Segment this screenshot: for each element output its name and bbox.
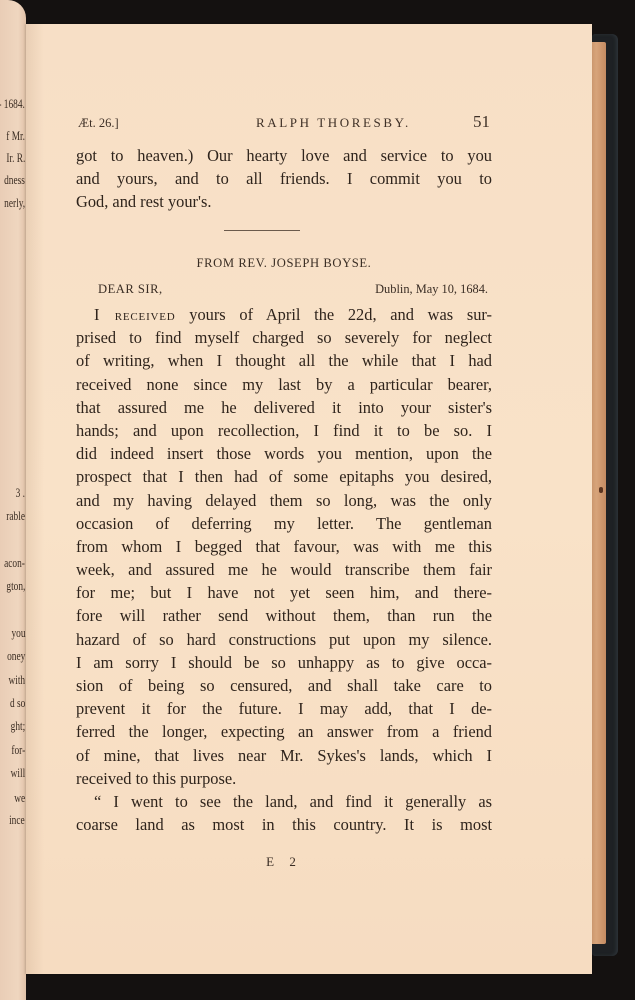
text-line: ferred the longer, expecting an answer f… xyxy=(76,720,492,743)
text-line: of writing, when I thought all the while… xyxy=(76,349,492,372)
drop-word: I received xyxy=(94,305,176,324)
book-page: Æt. 26.] RALPH THORESBY. 51 got to heave… xyxy=(26,24,592,974)
dateline: Dublin, May 10, 1684. xyxy=(375,282,488,297)
salutation: DEAR SIR, xyxy=(98,282,163,297)
text-line: week, and assured me he would transcribe… xyxy=(76,558,492,581)
facing-page-fragment: Ir. R. xyxy=(6,150,25,166)
text-line: hazard of so hard constructions put upon… xyxy=(76,628,492,651)
facing-page-fragment: ince xyxy=(9,812,25,828)
facing-page-fragment: oney xyxy=(7,648,25,664)
text-line: from whom I begged that favour, was with… xyxy=(76,535,492,558)
facing-page-fragment: d so xyxy=(10,695,25,711)
text-line: got to heaven.) Our hearty love and serv… xyxy=(76,144,492,167)
text-line: received to this purpose. xyxy=(76,767,492,790)
facing-page-fragment: ght; xyxy=(10,718,25,734)
letter-heading: FROM REV. JOSEPH BOYSE. xyxy=(76,256,492,271)
text-line: hands; and upon recollection, I find it … xyxy=(76,419,492,442)
text-line: received none since my last by a particu… xyxy=(76,373,492,396)
facing-page-fragment: 3 . xyxy=(16,485,25,501)
facing-page-fragment: - 1684. xyxy=(0,96,25,112)
facing-page-fragment: dness xyxy=(4,172,25,188)
text-line: I received yours of April the 22d, and w… xyxy=(76,303,492,326)
text-line: and my having delayed them so long, was … xyxy=(76,489,492,512)
page-block-edges xyxy=(590,42,606,944)
text-line: prised to find myself charged so severel… xyxy=(76,326,492,349)
text-line: sion of being so censured, and shall tak… xyxy=(76,674,492,697)
opening-paragraph: got to heaven.) Our hearty love and serv… xyxy=(76,144,492,214)
facing-page-fragment: will xyxy=(10,765,25,781)
text-line: fore will rather send without them, than… xyxy=(76,604,492,627)
facing-page-fragment: f Mr. xyxy=(6,128,25,144)
facing-page-fragment: with xyxy=(8,672,25,688)
text-line: prospect that I then had of some epitaph… xyxy=(76,465,492,488)
text-line: did indeed insert those words you mentio… xyxy=(76,442,492,465)
signature-mark: E 2 xyxy=(76,854,492,870)
facing-page-fragment: acon- xyxy=(4,555,25,571)
letter-body: I received yours of April the 22d, and w… xyxy=(76,303,492,836)
running-title: RALPH THORESBY. xyxy=(256,115,411,131)
text-line: prevent it for the future. I may add, th… xyxy=(76,697,492,720)
facing-page-fragment: for- xyxy=(11,742,25,758)
facing-page-fragment: you xyxy=(11,625,25,641)
text-line: of mine, that lives near Mr. Sykes's lan… xyxy=(76,744,492,767)
text-line: occasion of deferring my letter. The gen… xyxy=(76,512,492,535)
facing-page-fragment: nerly, xyxy=(4,195,25,211)
text-line: that assured me he delivered it into you… xyxy=(76,396,492,419)
text-line: “ I went to see the land, and find it ge… xyxy=(76,790,492,813)
facing-page-fragment: rable xyxy=(6,508,25,524)
facing-page-left: - 1684.f Mr.Ir. R.dnessnerly,3 .rableaco… xyxy=(0,0,26,1000)
foxing-spot xyxy=(599,487,603,493)
facing-page-fragment: we xyxy=(14,790,25,806)
page-number: 51 xyxy=(473,112,490,132)
age-marker: Æt. 26.] xyxy=(78,116,119,131)
running-head: Æt. 26.] RALPH THORESBY. 51 xyxy=(76,112,490,134)
text-line: and yours, and to all friends. I commit … xyxy=(76,167,492,190)
text-line: I am sorry I should be so unhappy as to … xyxy=(76,651,492,674)
text-line: for me; but I have not yet seen him, and… xyxy=(76,581,492,604)
facing-page-fragment: gton, xyxy=(6,578,25,594)
text-line: coarse land as most in this country. It … xyxy=(76,813,492,836)
text-line: God, and rest your's. xyxy=(76,190,492,213)
section-divider xyxy=(224,230,300,231)
